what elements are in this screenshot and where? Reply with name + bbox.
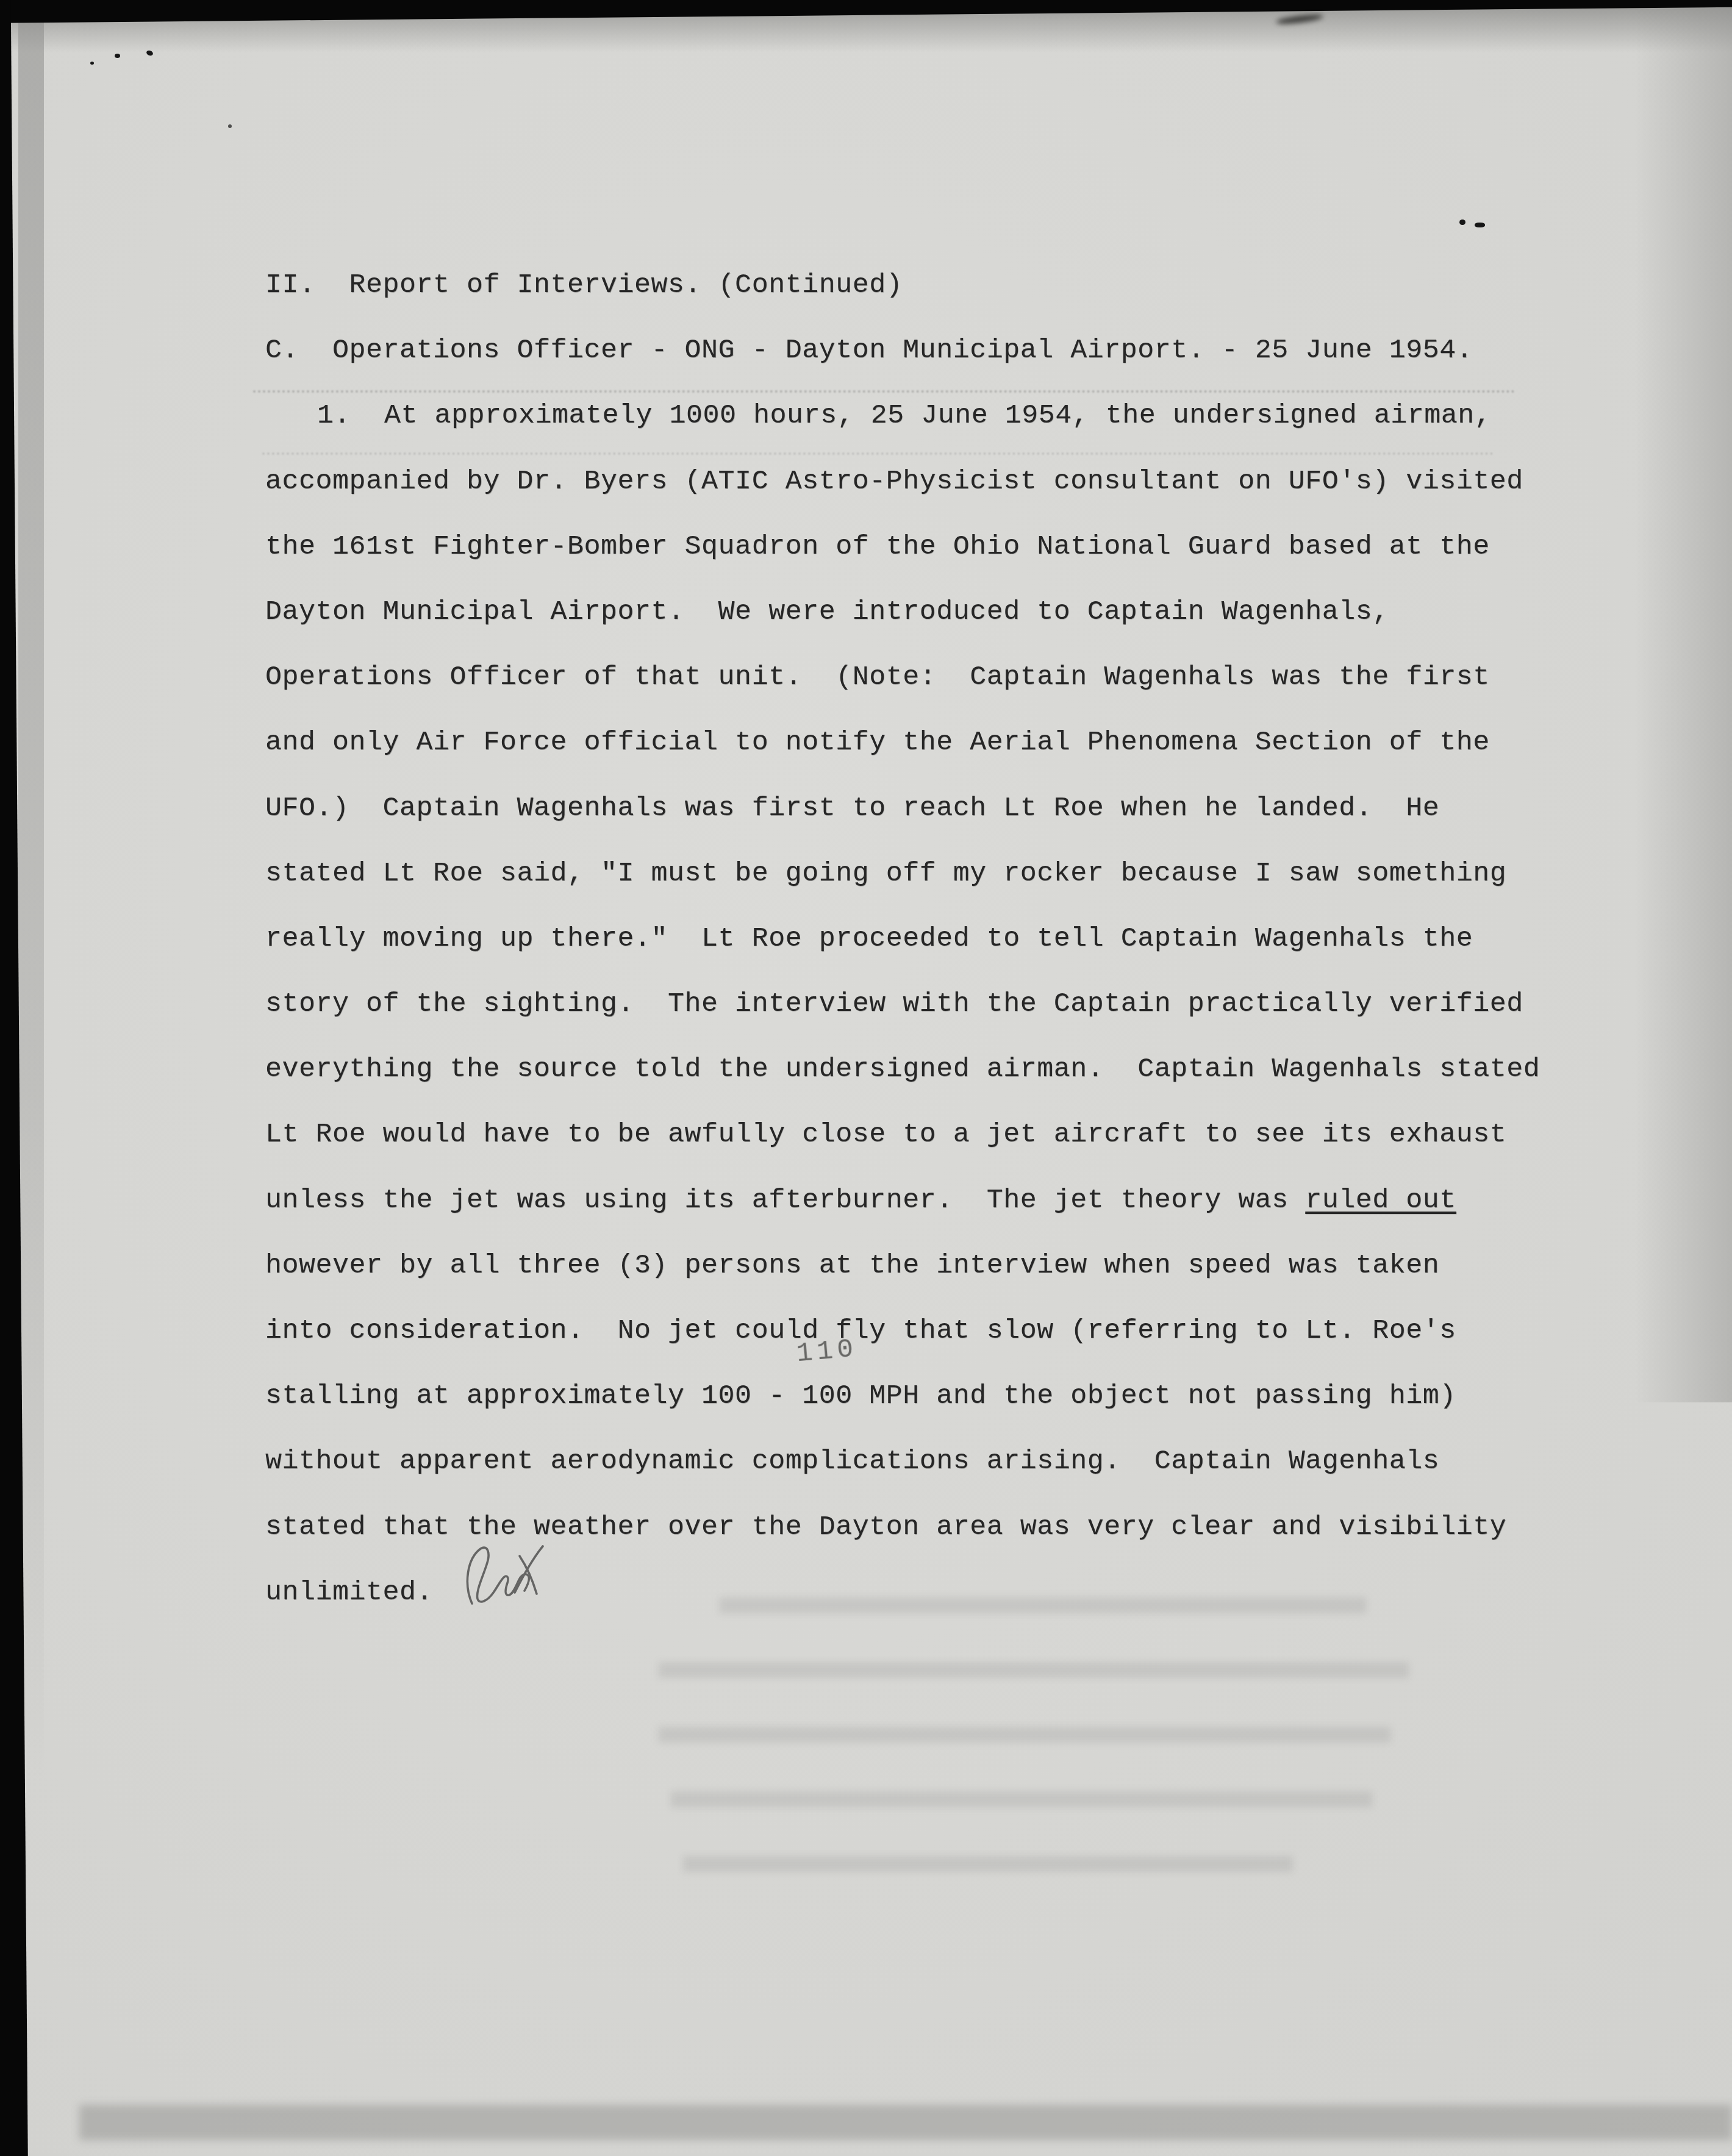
bleed-through-text <box>659 1727 1390 1743</box>
dust-speck <box>1475 223 1485 227</box>
text-line: really moving up there." Lt Roe proceede… <box>265 923 1540 988</box>
document-body: II. Report of Interviews. (Continued)C. … <box>265 269 1540 1642</box>
text-line: and only Air Force official to notify th… <box>265 727 1540 792</box>
text-line: Dayton Municipal Airport. We were introd… <box>265 596 1540 662</box>
paper-sheet: II. Report of Interviews. (Continued)C. … <box>0 0 1732 2156</box>
text-line: II. Report of Interviews. (Continued) <box>265 269 1540 335</box>
handwritten-initials-icon <box>459 1540 550 1619</box>
text-line: UFO.) Captain Wagenhals was first to rea… <box>265 793 1540 858</box>
dust-speck <box>90 62 94 65</box>
scan-shadow-bottom <box>79 2105 1732 2140</box>
text-line: C. Operations Officer - ONG - Dayton Mun… <box>265 335 1540 400</box>
text-line: story of the sighting. The interview wit… <box>265 988 1540 1054</box>
text-line: into consideration. No jet could fly tha… <box>265 1315 1540 1380</box>
bleed-through-text <box>671 1791 1372 1807</box>
text-line: the 161st Fighter-Bomber Squadron of the… <box>265 531 1540 596</box>
text-line: without apparent aerodynamic complicatio… <box>265 1446 1540 1511</box>
scanned-document-screenshot: { "colors": { "paper": "#d6d6d3", "ink":… <box>0 0 1732 2156</box>
dust-speck <box>115 54 120 58</box>
text-line: accompanied by Dr. Byers (ATIC Astro-Phy… <box>265 466 1540 531</box>
text-line: stated Lt Roe said, "I must be going off… <box>265 858 1540 923</box>
text-line: however by all three (3) persons at the … <box>265 1250 1540 1315</box>
text-line: Lt Roe would have to be awfully close to… <box>265 1119 1540 1184</box>
handwritten-speed-correction: 110 <box>795 1334 859 1370</box>
dust-speck <box>1459 220 1465 225</box>
text-line: 1. At approximately 1000 hours, 25 June … <box>265 400 1540 465</box>
dust-speck <box>228 124 232 128</box>
text-line: stated that the weather over the Dayton … <box>265 1512 1540 1577</box>
bleed-through-text <box>683 1856 1293 1872</box>
bleed-through-text <box>659 1662 1409 1678</box>
text-line: stalling at approximately 100 - 100 MPH … <box>265 1380 1540 1446</box>
text-line: unlimited. <box>265 1577 1540 1642</box>
text-line: Operations Officer of that unit. (Note: … <box>265 662 1540 727</box>
text-line: everything the source told the undersign… <box>265 1054 1540 1119</box>
text-line: unless the jet was using its afterburner… <box>265 1185 1540 1250</box>
scan-shadow-right <box>1634 0 1732 1402</box>
